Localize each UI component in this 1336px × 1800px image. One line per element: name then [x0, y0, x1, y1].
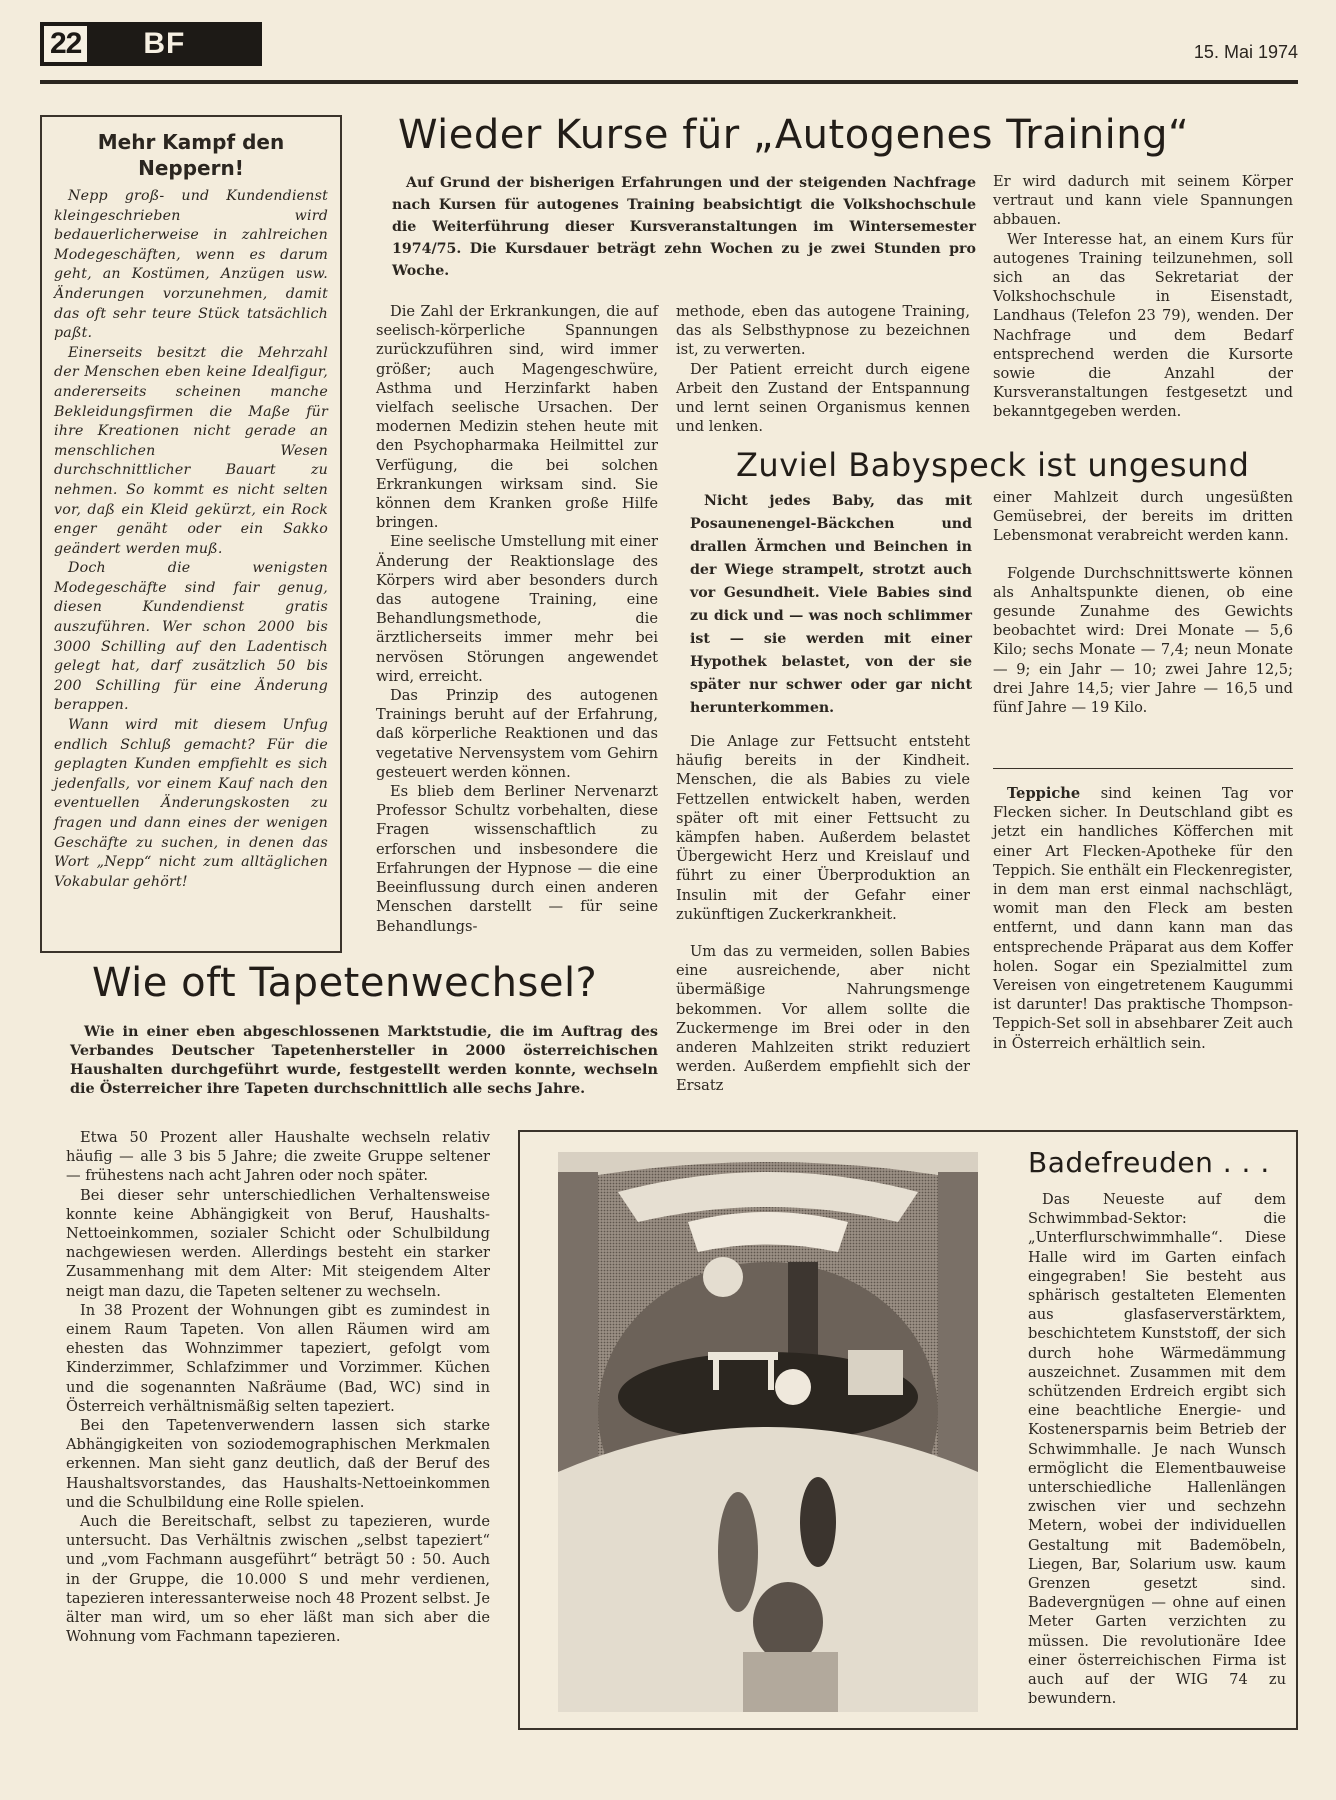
article-paragraph: Bei den Tapetenverwendern lassen sich st…: [66, 1416, 490, 1512]
issue-date: 15. Mai 1974: [1194, 42, 1298, 63]
article-paragraph: Folgende Durchschnittswerte können als A…: [993, 564, 1293, 718]
article-paragraph: Um das zu vermeiden, sollen Babies eine …: [676, 942, 970, 1096]
teppich-lead-word: Teppiche: [1007, 785, 1080, 802]
tapeten-headline: Wie oft Tapetenwechsel?: [92, 960, 597, 1006]
sidebar-article: Mehr Kampf den Neppern! Nepp groß- und K…: [40, 115, 342, 953]
baby-headline: Zuviel Babyspeck ist ungesund: [736, 446, 1249, 484]
autogenes-headline: Wieder Kurse für „Autogenes Training“: [398, 112, 1189, 158]
sidebar-paragraph: Nepp groß- und Kundendienst kleingeschri…: [54, 187, 328, 344]
column-divider: [993, 768, 1293, 769]
autogenes-column-1: Die Zahl der Erkrankungen, die auf seeli…: [376, 302, 658, 936]
article-paragraph: Wer Interesse hat, an einem Kurs für aut…: [993, 230, 1293, 422]
article-paragraph: Es blieb dem Berliner Nervenarzt Profess…: [376, 782, 658, 936]
autogenes-lead: Auf Grund der bisherigen Erfahrungen und…: [392, 172, 976, 282]
article-paragraph: Das Neueste auf dem Schwimmbad-Sektor: d…: [1028, 1190, 1286, 1708]
article-paragraph: Eine seelische Umstellung mit einer Ände…: [376, 532, 658, 686]
pool-photo: [558, 1152, 978, 1712]
baby-lead: Nicht jedes Baby, das mit Posaunenengel-…: [690, 490, 972, 720]
article-paragraph: einer Mahlzeit durch ungesüßten Gemüsebr…: [993, 488, 1293, 546]
teppich-brief: Teppiche sind keinen Tag vor Flecken sic…: [993, 784, 1293, 1053]
masthead-badge: 22 BF: [40, 22, 262, 66]
article-paragraph: Das Prinzip des autogenen Trainings beru…: [376, 686, 658, 782]
tapeten-lead: Wie in einer eben abgeschlossenen Markts…: [70, 1022, 658, 1098]
sidebar-title: Mehr Kampf den Neppern!: [54, 129, 328, 181]
pool-photo-image: [558, 1152, 978, 1712]
article-paragraph: Der Patient erreicht durch eigene Arbeit…: [676, 360, 970, 437]
header-rule: [40, 80, 1298, 84]
article-paragraph: methode, eben das autogene Training, das…: [676, 302, 970, 360]
autogenes-column-3: Er wird dadurch mit seinem Körper vertra…: [993, 172, 1293, 422]
sidebar-paragraph: Einerseits besitzt die Mehrzahl der Mens…: [54, 344, 328, 560]
article-paragraph: Auch die Bereitschaft, selbst zu tapezie…: [66, 1512, 490, 1646]
autogenes-column-2: methode, eben das autogene Training, das…: [676, 302, 970, 436]
sidebar-paragraph: Doch die wenigsten Modegeschäfte sind fa…: [54, 559, 328, 716]
paper-code: BF: [143, 27, 185, 61]
bade-body: Das Neueste auf dem Schwimmbad-Sektor: d…: [1028, 1190, 1286, 1708]
page-number: 22: [44, 26, 87, 62]
bade-headline: Badefreuden . . .: [1028, 1146, 1270, 1179]
article-paragraph: Die Zahl der Erkrankungen, die auf seeli…: [376, 302, 658, 532]
baby-column-1: Die Anlage zur Fettsucht entsteht häufig…: [676, 732, 970, 1096]
article-paragraph: In 38 Prozent der Wohnungen gibt es zumi…: [66, 1301, 490, 1416]
baby-column-2: einer Mahlzeit durch ungesüßten Gemüsebr…: [993, 488, 1293, 717]
article-paragraph: Etwa 50 Prozent aller Haushalte wechseln…: [66, 1128, 490, 1186]
teppich-text: sind keinen Tag vor Flecken sicher. In D…: [993, 785, 1293, 1052]
article-paragraph: Er wird dadurch mit seinem Körper vertra…: [993, 172, 1293, 230]
article-paragraph: Die Anlage zur Fettsucht entsteht häufig…: [676, 732, 970, 924]
sidebar-paragraph: Wann wird mit diesem Unfug endlich Schlu…: [54, 716, 328, 892]
tapeten-body: Etwa 50 Prozent aller Haushalte wechseln…: [66, 1128, 490, 1646]
article-paragraph: Bei dieser sehr unterschiedlichen Verhal…: [66, 1186, 490, 1301]
